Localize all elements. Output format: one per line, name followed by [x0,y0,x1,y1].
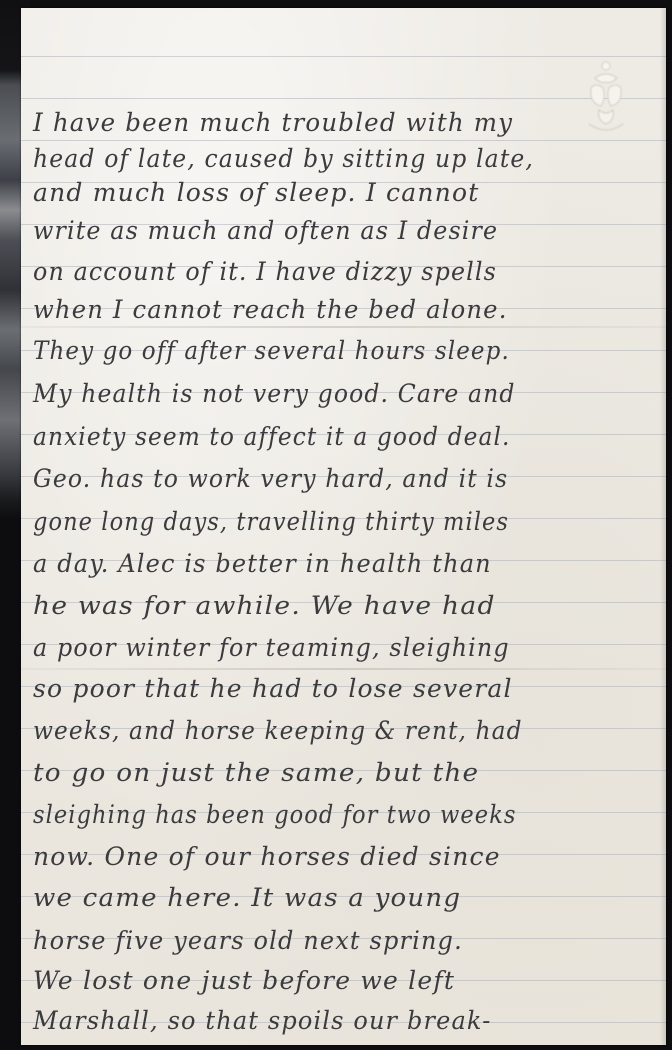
letter-line: when I cannot reach the bed alone. [33,290,508,330]
letter-line: weeks, and horse keeping & rent, had [33,711,523,751]
letter-line: My health is not very good. Care and [33,374,516,414]
letter-line: and much loss of sleep. I cannot [33,173,479,213]
letter-line: he was for awhile. We have had [33,586,496,626]
letter-line: a poor winter for teaming, sleighing [33,628,510,668]
letter-line: to go on just the same, but the [33,753,479,793]
letter-line: gone long days, travelling thirty miles [33,502,509,542]
letter-line: write as much and often as I desire [33,211,498,251]
letter-page: I have been much troubled with my head o… [21,8,666,1045]
letter-line: so poor that he had to lose several [33,669,513,709]
letter-line: They go off after several hours sleep. [33,331,510,371]
letter-line: Geo. has to work very hard, and it is [33,459,508,499]
letter-line: sleighing has been good for two weeks [33,795,517,835]
letter-line: we came here. It was a young [33,878,461,918]
letter-line: We lost one just before we left [33,961,455,1001]
letter-line: a day. Alec is better in health than [33,544,492,584]
letter-line: Marshall, so that spoils our break- [33,1001,491,1041]
letter-line: horse five years old next spring. [33,921,463,961]
letter-line: I have been much troubled with my [33,103,513,143]
page-edge-shadow [660,8,666,1045]
letter-line: now. One of our horses died since [33,837,501,877]
letter-line: on account of it. I have dizzy spells [33,252,497,292]
letter-line: anxiety seem to affect it a good deal. [33,417,511,457]
